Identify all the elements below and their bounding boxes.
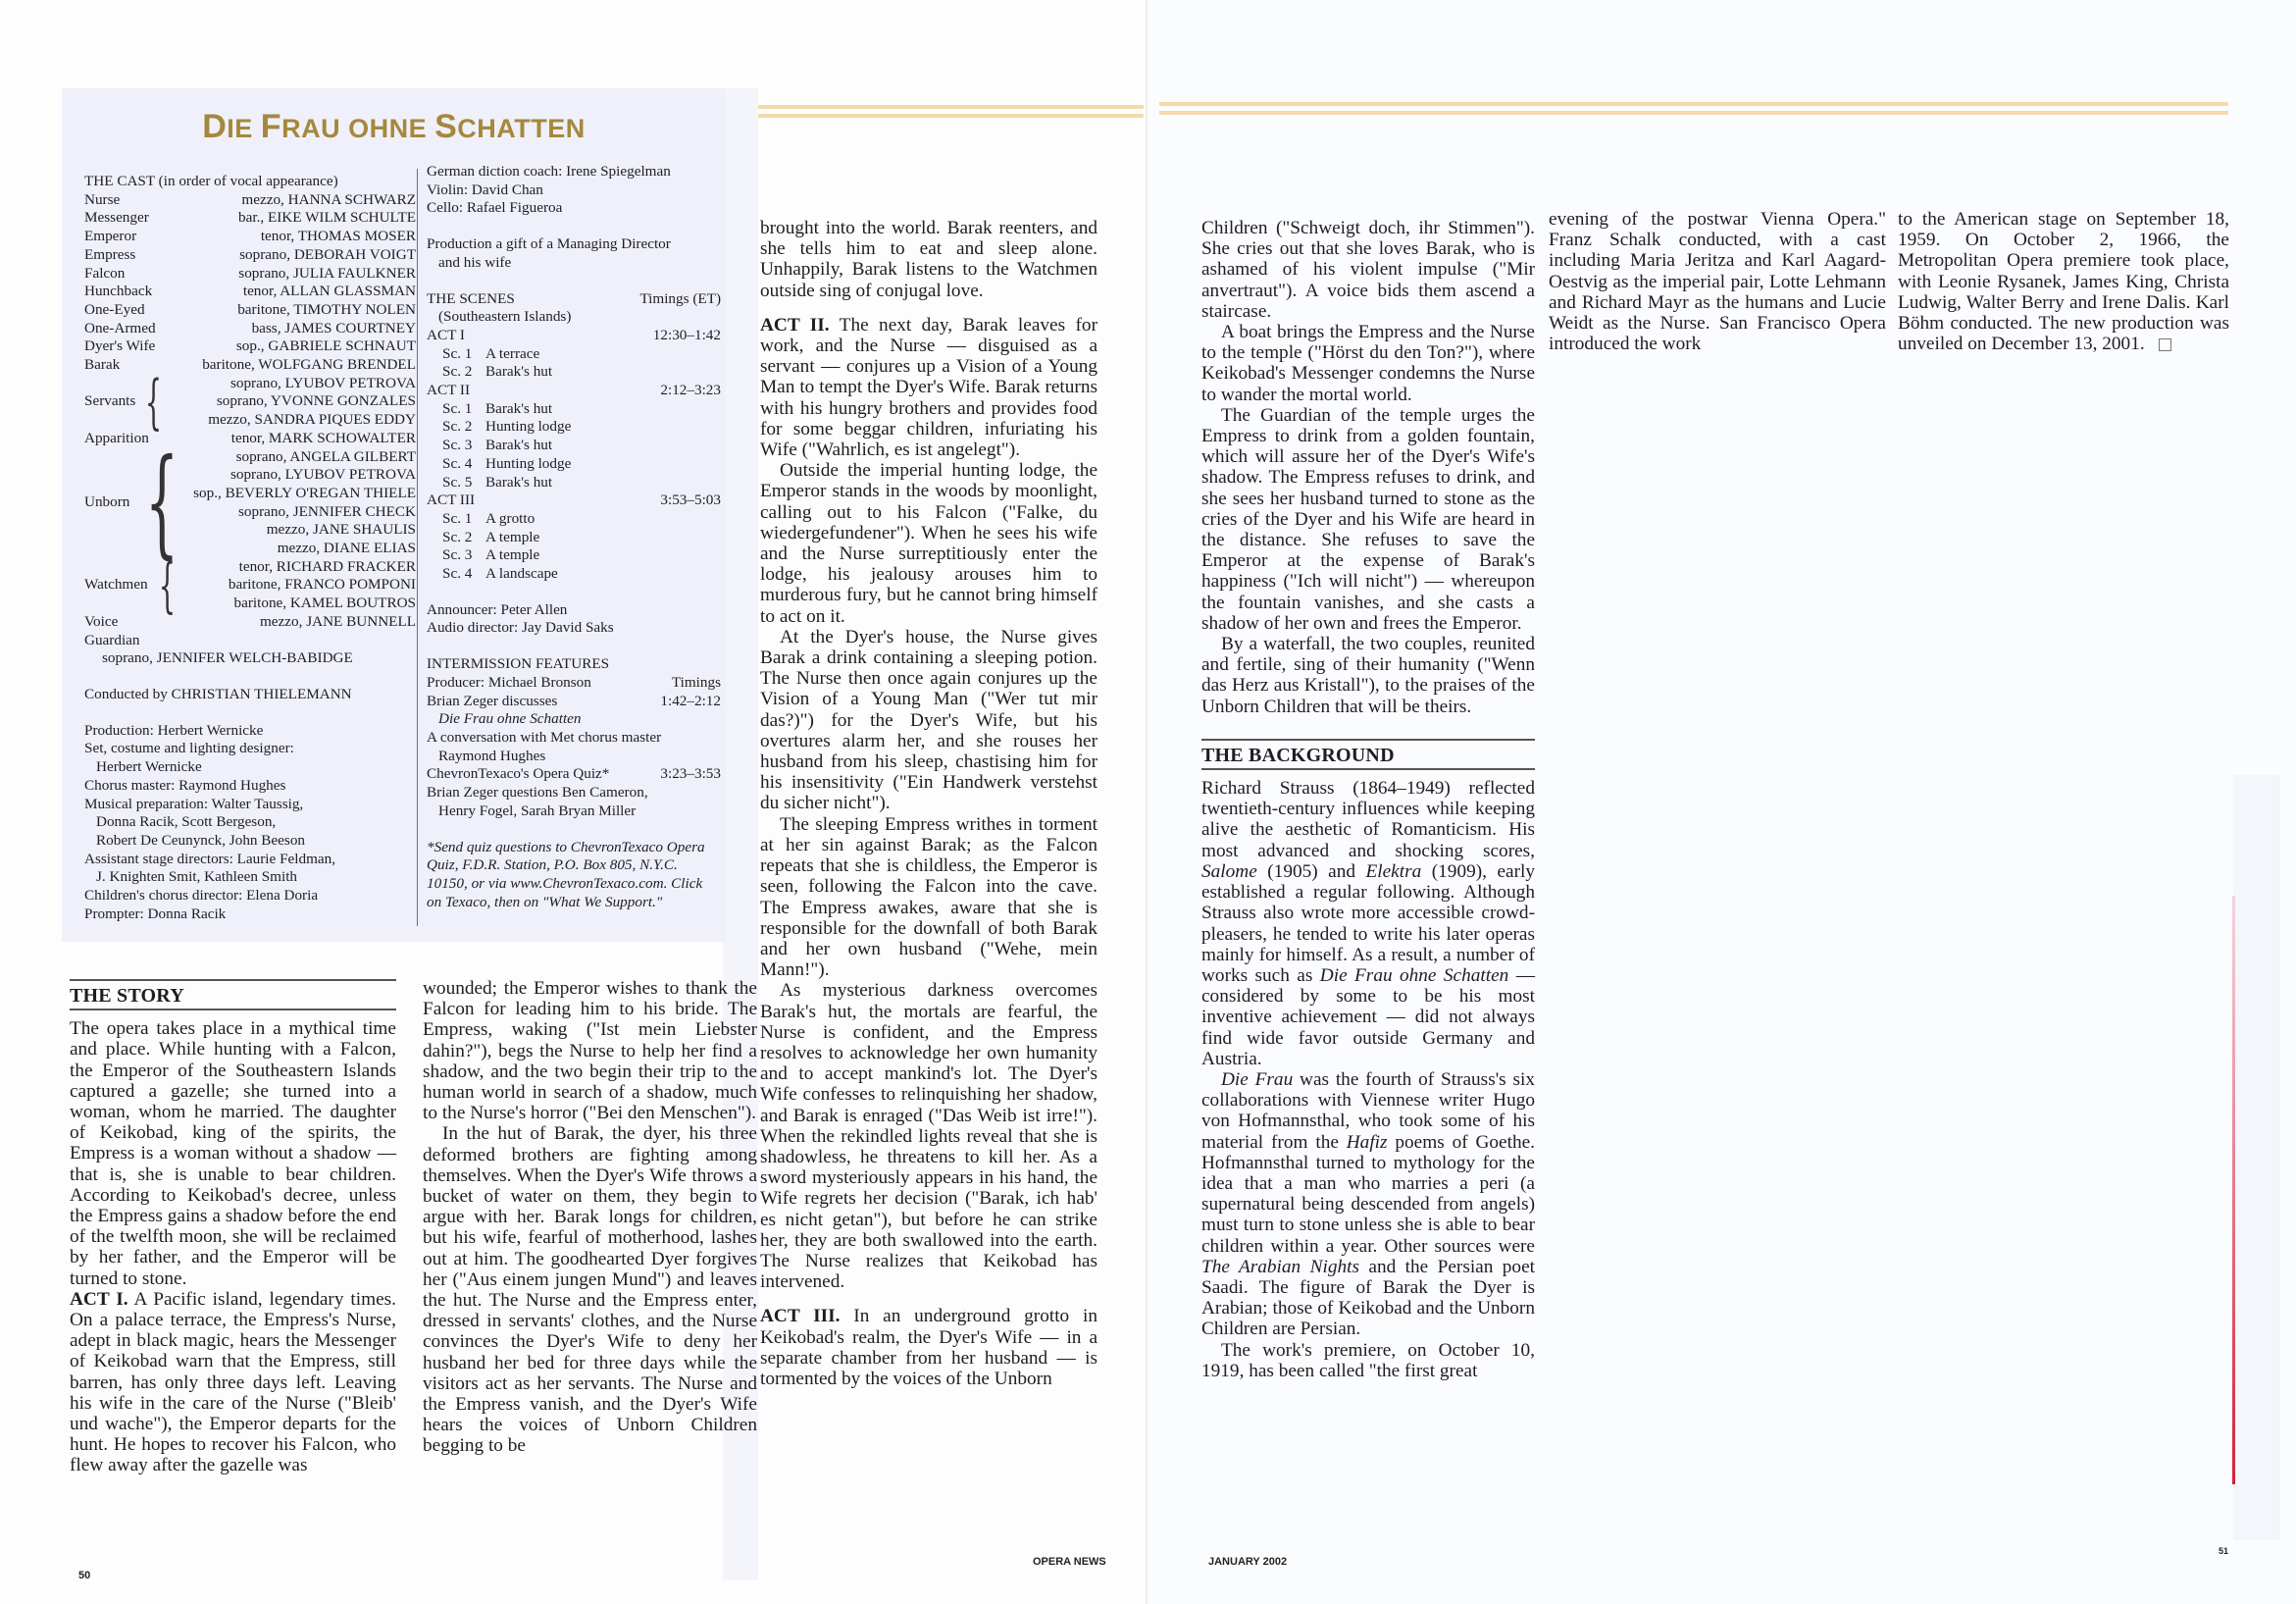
page-number-left: 50 [78,1570,90,1581]
cast-role: Empress [84,246,135,265]
brace-icon: { [145,454,151,552]
act-row: ACT I12:30–1:42 [427,327,721,345]
cast-singer: bar., EIKE WILM SCHULTE [238,209,416,228]
cast-singer: sop., GABRIELE SCHNAUT [236,337,416,356]
running-foot-right: JANUARY 2002 [1208,1556,1287,1568]
story-column-2: wounded; the Emperor wishes to thank the… [423,978,757,1457]
cast-row: One-Eyedbaritone, TIMOTHY NOLEN [84,301,416,320]
page-number-right: 51 [2219,1546,2228,1556]
cast-role: One-Eyed [84,301,145,320]
cast-singer: bass, JAMES COURTNEY [252,320,416,338]
cast-box: DIE FRAU OHNE SCHATTEN THE CAST (in orde… [62,88,726,942]
act-row: ACT III3:53–5:03 [427,492,721,510]
scene-row: Sc. 2Hunting lodge [427,418,721,437]
section-heading-background: THE BACKGROUND [1201,739,1535,770]
intermission-heading: INTERMISSION FEATURES [427,655,721,674]
act-row: ACT II2:12–3:23 [427,382,721,400]
decorative-stripes-left [734,105,1144,119]
cast-row: Empresssoprano, DEBORAH VOIGT [84,246,416,265]
scene-row: Sc. 4A landscape [427,565,721,584]
cast-role: One-Armed [84,320,156,338]
cast-singer: soprano, DEBORAH VOIGT [239,246,416,265]
brace-icon: { [159,561,165,610]
scene-row: Sc. 1A grotto [427,510,721,529]
section-heading-story: THE STORY [70,979,396,1010]
cast-role: Dyer's Wife [84,337,155,356]
decorative-stripes-right [1159,102,2228,116]
scenes-heading: THE SCENESTimings (ET) [427,290,721,309]
cast-row: One-Armedbass, JAMES COURTNEY [84,320,416,338]
cast-row: Falconsoprano, JULIA FAULKNER [84,265,416,284]
page-gutter [1146,0,1149,1604]
cast-role: Emperor [84,228,136,246]
cast-row: Dyer's Wifesop., GABRIELE SCHNAUT [84,337,416,356]
conductor: Conducted by CHRISTIAN THIELEMANN [84,686,416,704]
cast-heading: THE CAST (in order of vocal appearance) [84,173,416,191]
cast-role: Hunchback [84,283,152,301]
cast-singer: mezzo, HANNA SCHWARZ [241,191,416,210]
scene-row: Sc. 2Barak's hut [427,363,721,382]
cast-row: Emperortenor, THOMAS MOSER [84,228,416,246]
running-foot-left: OPERA NEWS [1033,1556,1106,1568]
cast-singer: baritone, TIMOTHY NOLEN [237,301,416,320]
cast-role: Barak [84,356,120,375]
cast-singer: soprano, JENNIFER WELCH-BABIDGE [84,649,416,668]
scene-row: Sc. 2A temple [427,529,721,547]
production-info: German diction coach: Irene Spiegelman V… [427,163,721,911]
footnote: *Send quiz questions to ChevronTexaco Op… [427,839,711,912]
end-mark-icon [2159,338,2171,351]
red-edge-rule [2232,896,2235,1484]
unborn-group: Unborn { soprano, ANGELA GILBERT soprano… [84,448,416,558]
credits: Production: Herbert Wernicke Set, costum… [84,722,416,924]
cast-role: Guardian [84,632,416,650]
cast-list: THE CAST (in order of vocal appearance) … [84,173,416,923]
column-divider [417,169,418,926]
cast-row: Apparitiontenor, MARK SCHOWALTER [84,430,416,448]
background-column-5: evening of the postwar Vienna Opera." Fr… [1549,209,1886,354]
scene-row: Sc. 5Barak's hut [427,474,721,492]
cast-role: Nurse [84,191,120,210]
story-column-1: THE STORY The opera takes place in a myt… [70,979,396,1476]
cast-singer: soprano, JULIA FAULKNER [238,265,416,284]
watchmen-group: Watchmen { tenor, RICHARD FRACKER barito… [84,558,416,613]
cast-row: Voicemezzo, JANE BUNNELL [84,613,416,632]
opera-title: DIE FRAU OHNE SCHATTEN [62,108,726,146]
story-column-3: brought into the world. Barak reenters, … [760,218,1097,1389]
story-column-4: Children ("Schweigt doch, ihr Stimmen").… [1201,218,1535,1381]
scene-row: Sc. 1Barak's hut [427,400,721,419]
scene-row: Sc. 4Hunting lodge [427,455,721,474]
cast-singer: tenor, ALLAN GLASSMAN [243,283,416,301]
cast-role: Falcon [84,265,125,284]
scenes-list: ACT I12:30–1:42Sc. 1A terraceSc. 2Barak'… [427,327,721,584]
scene-row: Sc. 3Barak's hut [427,437,721,455]
cast-role: Messenger [84,209,149,228]
brace-icon: { [145,378,151,427]
cast-singer: tenor, THOMAS MOSER [261,228,416,246]
cast-row: Barakbaritone, WOLFGANG BRENDEL [84,356,416,375]
background-column-6: to the American stage on September 18, 1… [1898,209,2229,354]
scene-row: Sc. 3A temple [427,546,721,565]
scan-shade-right [2233,775,2280,1540]
cast-row: Nursemezzo, HANNA SCHWARZ [84,191,416,210]
servants-group: Servants { soprano, LYUBOV PETROVA sopra… [84,375,416,430]
cast-row: Hunchbacktenor, ALLAN GLASSMAN [84,283,416,301]
cast-singer: baritone, WOLFGANG BRENDEL [202,356,416,375]
scene-row: Sc. 1A terrace [427,345,721,364]
cast-row: Messengerbar., EIKE WILM SCHULTE [84,209,416,228]
